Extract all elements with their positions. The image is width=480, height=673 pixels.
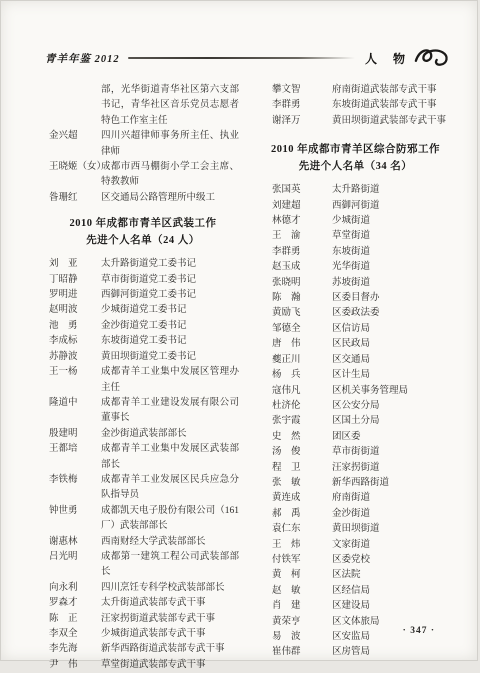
person-name: 李成标 [49,334,101,349]
person-name: 张晓明 [272,276,332,291]
person-title: 团区委 [332,430,454,445]
left-column: 部，光华街道青华社区第六支部书记，青华社区音乐党员志愿者特色工作室主任 金兴超 … [47,83,239,673]
person-title: 区机关事务管理局 [332,384,454,399]
person-row: 刘 亚 太升路街道党工委书记 [47,257,239,272]
person-title: 太升路街道党工委书记 [101,257,239,272]
person-row: 王 渝 草堂街道 [257,229,454,244]
person-name: 刘建超 [272,199,332,214]
person-row: 赵玉成 光华街道 [257,260,454,275]
person-name: 黄励飞 [272,306,332,321]
person-name: 李先海 [49,642,101,657]
person-row: 李先海 新华西路街道武装部专武干事 [47,642,239,657]
person-title: 区公安分局 [332,399,454,414]
book-title: 青羊年鉴 2012 [45,51,120,66]
person-name: 谢惠林 [49,535,101,550]
person-row: 邹德全 区信访局 [257,322,454,337]
person-row: 袁仁东 黄田坝街道 [257,522,454,537]
person-row: 肖 建 区建设局 [257,599,454,614]
person-title: 新华西路街道 [332,476,454,491]
person-row: 谢泽万 黄田坝街道武装部专武干事 [257,114,454,129]
person-title: 成都第一建筑工程公司武装部部长 [101,550,239,581]
person-title: 区安监局 [332,630,454,645]
person-title: 区经信局 [332,584,454,599]
person-title: 少城街道武装部专武干事 [101,627,239,642]
person-name: 寇伟凡 [272,384,332,399]
wuzhuang-list-continued: 攀文智 府南街道武装部专武干事 李群勇 东坡街道武装部专武干事 谢泽万 黄田坝街… [257,83,454,129]
person-title: 金沙街道党工委书记 [101,319,239,334]
person-title: 少城街道 [332,214,454,229]
person-row: 付铁军 区委党校 [257,553,454,568]
person-name: 赵玉成 [272,260,332,275]
person-row: 张宇霞 区国土分局 [257,414,454,429]
person-row: 李群勇 东坡街道 [257,245,454,260]
heading-line-2: 先进个人名单（34 名） [257,158,454,175]
person-title: 苏坡街道 [332,276,454,291]
person-name: 昝珊红 [49,191,101,206]
person-name: 陈 瀚 [272,291,332,306]
heading-line-2: 先进个人名单（24 人） [47,232,239,249]
person-row: 隆道中 成都青羊工业建设发展有限公司董事长 [47,396,239,427]
person-title: 汪家拐街道武装部专武干事 [101,612,239,627]
person-row: 谢惠林 西南财经大学武装部部长 [47,535,239,550]
person-name: 崔伟群 [272,645,332,660]
person-title: 区建设局 [332,599,454,614]
person-name: 杜济伦 [272,399,332,414]
person-title: 成都青羊工业建设发展有限公司董事长 [101,396,239,427]
person-row: 王都培 成都青羊工业集中发展区武装部部长 [47,442,239,473]
person-row: 夔正川 区交通局 [257,353,454,368]
person-title: 草堂街道武装部专武干事 [101,658,239,673]
person-row: 杨 兵 区计生局 [257,368,454,383]
person-name: 李铁梅 [49,473,101,504]
person-row: 尹 伟 草堂街道武装部专武干事 [47,658,239,673]
person-name: 林德才 [272,214,332,229]
person-name: 王都培 [49,442,101,473]
person-name: 池 勇 [49,319,101,334]
heading-line-1: 2010 年成都市青羊区武装工作 [47,215,239,232]
person-title: 西御河街道 [332,199,454,214]
person-title: 太升路街道 [332,183,454,198]
person-row: 史 然 团区委 [257,430,454,445]
person-name: 程 卫 [272,461,332,476]
calligraphy-flourish-icon [413,45,451,71]
person-name: 李双全 [49,627,101,642]
person-row: 张晓明 苏坡街道 [257,276,454,291]
person-name: 赵 敏 [272,584,332,599]
person-name: 易 波 [272,630,332,645]
person-title: 东坡街道党工委书记 [101,334,239,349]
person-row: 汤 俊 草市街街道 [257,445,454,460]
person-name: 汤 俊 [272,445,332,460]
right-column: 攀文智 府南街道武装部专武干事 李群勇 东坡街道武装部专武干事 谢泽万 黄田坝街… [257,83,454,673]
person-title: 草堂街道 [332,229,454,244]
page-number: · 347 · [403,626,435,636]
person-name: 王 炜 [272,538,332,553]
person-name: 唐 伟 [272,337,332,352]
person-name: 金兴超 [49,129,101,160]
person-name: 郝 禹 [272,507,332,522]
person-name: 苏静波 [49,350,101,365]
page-body: 部，光华街道青华社区第六支部书记，青华社区音乐党员志愿者特色工作室主任 金兴超 … [47,83,454,673]
section-title: 人 物 [365,50,407,67]
person-title: 区委党校 [332,553,454,568]
person-row: 张国英 太升路街道 [257,183,454,198]
person-title: 汪家拐街道 [332,461,454,476]
person-row: 吕光明 成都第一建筑工程公司武装部部长 [47,550,239,581]
person-name: 隆道中 [49,396,101,427]
person-name: 陈 正 [49,612,101,627]
person-row: 攀文智 府南街道武装部专武干事 [257,83,454,98]
person-name: 夔正川 [272,353,332,368]
pre-list: 金兴超 四川兴超律师事务所主任、执业律师 王晓姬（女） 成都市西马棚街小学工会主… [47,129,239,206]
person-title: 新华西路街道武装部专武干事 [101,642,239,657]
person-name: 王晓姬（女） [49,160,101,191]
person-title: 区委政法委 [332,306,454,321]
person-title: 文家街道 [332,538,454,553]
person-name: 黄连成 [272,491,332,506]
person-row: 赵明波 少城街道党工委书记 [47,303,239,318]
person-title: 草市街街道党工委书记 [101,273,239,288]
person-name: 李群勇 [272,245,332,260]
person-name: 袁仁东 [272,522,332,537]
person-title: 太升街道武装部专武干事 [101,596,239,611]
carryover-text: 部，光华街道青华社区第六支部书记，青华社区音乐党员志愿者特色工作室主任 [101,83,239,129]
person-name: 赵明波 [49,303,101,318]
person-title: 区交通局 [332,353,454,368]
person-row: 林德才 少城街道 [257,214,454,229]
person-name: 王 渝 [272,229,332,244]
person-name: 黄 柯 [272,568,332,583]
person-title: 区法院 [332,568,454,583]
person-title: 成都青羊工业发展区民兵应急分队指导员 [101,473,239,504]
person-title: 区房管局 [332,645,454,660]
heading-line-1: 2010 年成都市青羊区综合防邪工作 [257,141,454,158]
person-row: 王一杨 成都青羊工业集中发展区管理办主任 [47,365,239,396]
person-row: 寇伟凡 区机关事务管理局 [257,384,454,399]
person-row: 崔伟群 区房管局 [257,645,454,660]
person-title: 金沙街道 [332,507,454,522]
person-row: 张 敏 新华西路街道 [257,476,454,491]
person-title: 成都市西马棚街小学工会主席、特教教师 [101,160,239,191]
person-row: 赵 敏 区经信局 [257,584,454,599]
person-name: 丁昭静 [49,273,101,288]
person-name: 肖 建 [272,599,332,614]
person-name: 尹 伟 [49,658,101,673]
person-title: 少城街道党工委书记 [101,303,239,318]
person-row: 罗森才 太升街道武装部专武干事 [47,596,239,611]
person-row: 李铁梅 成都青羊工业发展区民兵应急分队指导员 [47,473,239,504]
person-title: 区文体旅局 [332,615,454,630]
person-name: 邹德全 [272,322,332,337]
list-heading-wuzhuang: 2010 年成都市青羊区武装工作 先进个人名单（24 人） [47,215,239,249]
person-row: 苏静波 黄田坝街道党工委书记 [47,350,239,365]
person-title: 区信访局 [332,322,454,337]
person-name: 罗森才 [49,596,101,611]
person-row: 李群勇 东坡街道武装部专武干事 [257,98,454,113]
person-row: 金兴超 四川兴超律师事务所主任、执业律师 [47,129,239,160]
carryover-paragraph: 部，光华街道青华社区第六支部书记，青华社区音乐党员志愿者特色工作室主任 [47,83,239,129]
fangxie-list: 张国英 太升路街道 刘建超 西御河街道 林德才 少城街道 王 渝 [257,183,454,661]
person-name: 殷建明 [49,427,101,442]
person-name: 李群勇 [272,98,332,113]
name-spacer [49,83,101,129]
person-row: 唐 伟 区民政局 [257,337,454,352]
person-title: 光华街道 [332,260,454,275]
person-name: 罗明进 [49,288,101,303]
person-name: 谢泽万 [272,114,332,129]
wuzhuang-list: 刘 亚 太升路街道党工委书记 丁昭静 草市街街道党工委书记 罗明进 西御河街道党… [47,257,239,673]
person-row: 向永利 四川烹饪专科学校武装部部长 [47,581,239,596]
person-title: 区国土分局 [332,414,454,429]
person-name: 史 然 [272,430,332,445]
person-name: 张 敏 [272,476,332,491]
person-title: 黄田坝街道武装部专武干事 [332,114,454,129]
person-title: 区计生局 [332,368,454,383]
person-row: 池 勇 金沙街道党工委书记 [47,319,239,334]
person-title: 草市街街道 [332,445,454,460]
person-row: 黄 柯 区法院 [257,568,454,583]
person-title: 东坡街道 [332,245,454,260]
person-row: 李双全 少城街道武装部专武干事 [47,627,239,642]
person-row: 杜济伦 区公安分局 [257,399,454,414]
person-row: 丁昭静 草市街街道党工委书记 [47,273,239,288]
person-name: 张国英 [272,183,332,198]
person-row: 李成标 东坡街道党工委书记 [47,334,239,349]
person-row: 程 卫 汪家拐街道 [257,461,454,476]
page-header: 青羊年鉴 2012 人 物 [45,49,451,67]
person-row: 郝 禹 金沙街道 [257,507,454,522]
person-title: 成都青羊工业集中发展区管理办主任 [101,365,239,396]
person-row: 黄励飞 区委政法委 [257,306,454,321]
person-name: 付铁军 [272,553,332,568]
person-name: 杨 兵 [272,368,332,383]
person-name: 钟世勇 [49,504,101,535]
person-title: 金沙街道武装部部长 [101,427,239,442]
person-row: 陈 正 汪家拐街道武装部专武干事 [47,612,239,627]
person-row: 陈 瀚 区委目督办 [257,291,454,306]
person-row: 罗明进 西御河街道党工委书记 [47,288,239,303]
list-heading-fangxie: 2010 年成都市青羊区综合防邪工作 先进个人名单（34 名） [257,141,454,175]
person-row: 王 炜 文家街道 [257,538,454,553]
person-title: 黄田坝街道党工委书记 [101,350,239,365]
person-title: 区委目督办 [332,291,454,306]
person-title: 西南财经大学武装部部长 [101,535,239,550]
person-row: 王晓姬（女） 成都市西马棚街小学工会主席、特教教师 [47,160,239,191]
person-title: 西御河街道党工委书记 [101,288,239,303]
person-title: 四川兴超律师事务所主任、执业律师 [101,129,239,160]
person-row: 黄连成 府南街道 [257,491,454,506]
person-name: 攀文智 [272,83,332,98]
person-title: 东坡街道武装部专武干事 [332,98,454,113]
yearbook-page: 青羊年鉴 2012 人 物 部，光华街道青华社区第六支部书记，青华社区音乐党员志… [0,0,478,661]
person-title: 四川烹饪专科学校武装部部长 [101,581,239,596]
person-name: 张宇霞 [272,414,332,429]
person-name: 王一杨 [49,365,101,396]
person-name: 黄荣亨 [272,615,332,630]
person-name: 向永利 [49,581,101,596]
person-title: 成都青羊工业集中发展区武装部部长 [101,442,239,473]
person-row: 昝珊红 区交通局公路管理所中级工 [47,191,239,206]
person-title: 区交通局公路管理所中级工 [101,191,239,206]
person-title: 区民政局 [332,337,454,352]
person-title: 府南街道武装部专武干事 [332,83,454,98]
person-name: 刘 亚 [49,257,101,272]
person-name: 吕光明 [49,550,101,581]
person-title: 府南街道 [332,491,454,506]
person-title: 黄田坝街道 [332,522,454,537]
header-rule [128,57,355,59]
person-row: 刘建超 西御河街道 [257,199,454,214]
person-title: 成都凯天电子股份有限公司（161 厂）武装部部长 [101,504,239,535]
person-row: 殷建明 金沙街道武装部部长 [47,427,239,442]
person-row: 钟世勇 成都凯天电子股份有限公司（161 厂）武装部部长 [47,504,239,535]
